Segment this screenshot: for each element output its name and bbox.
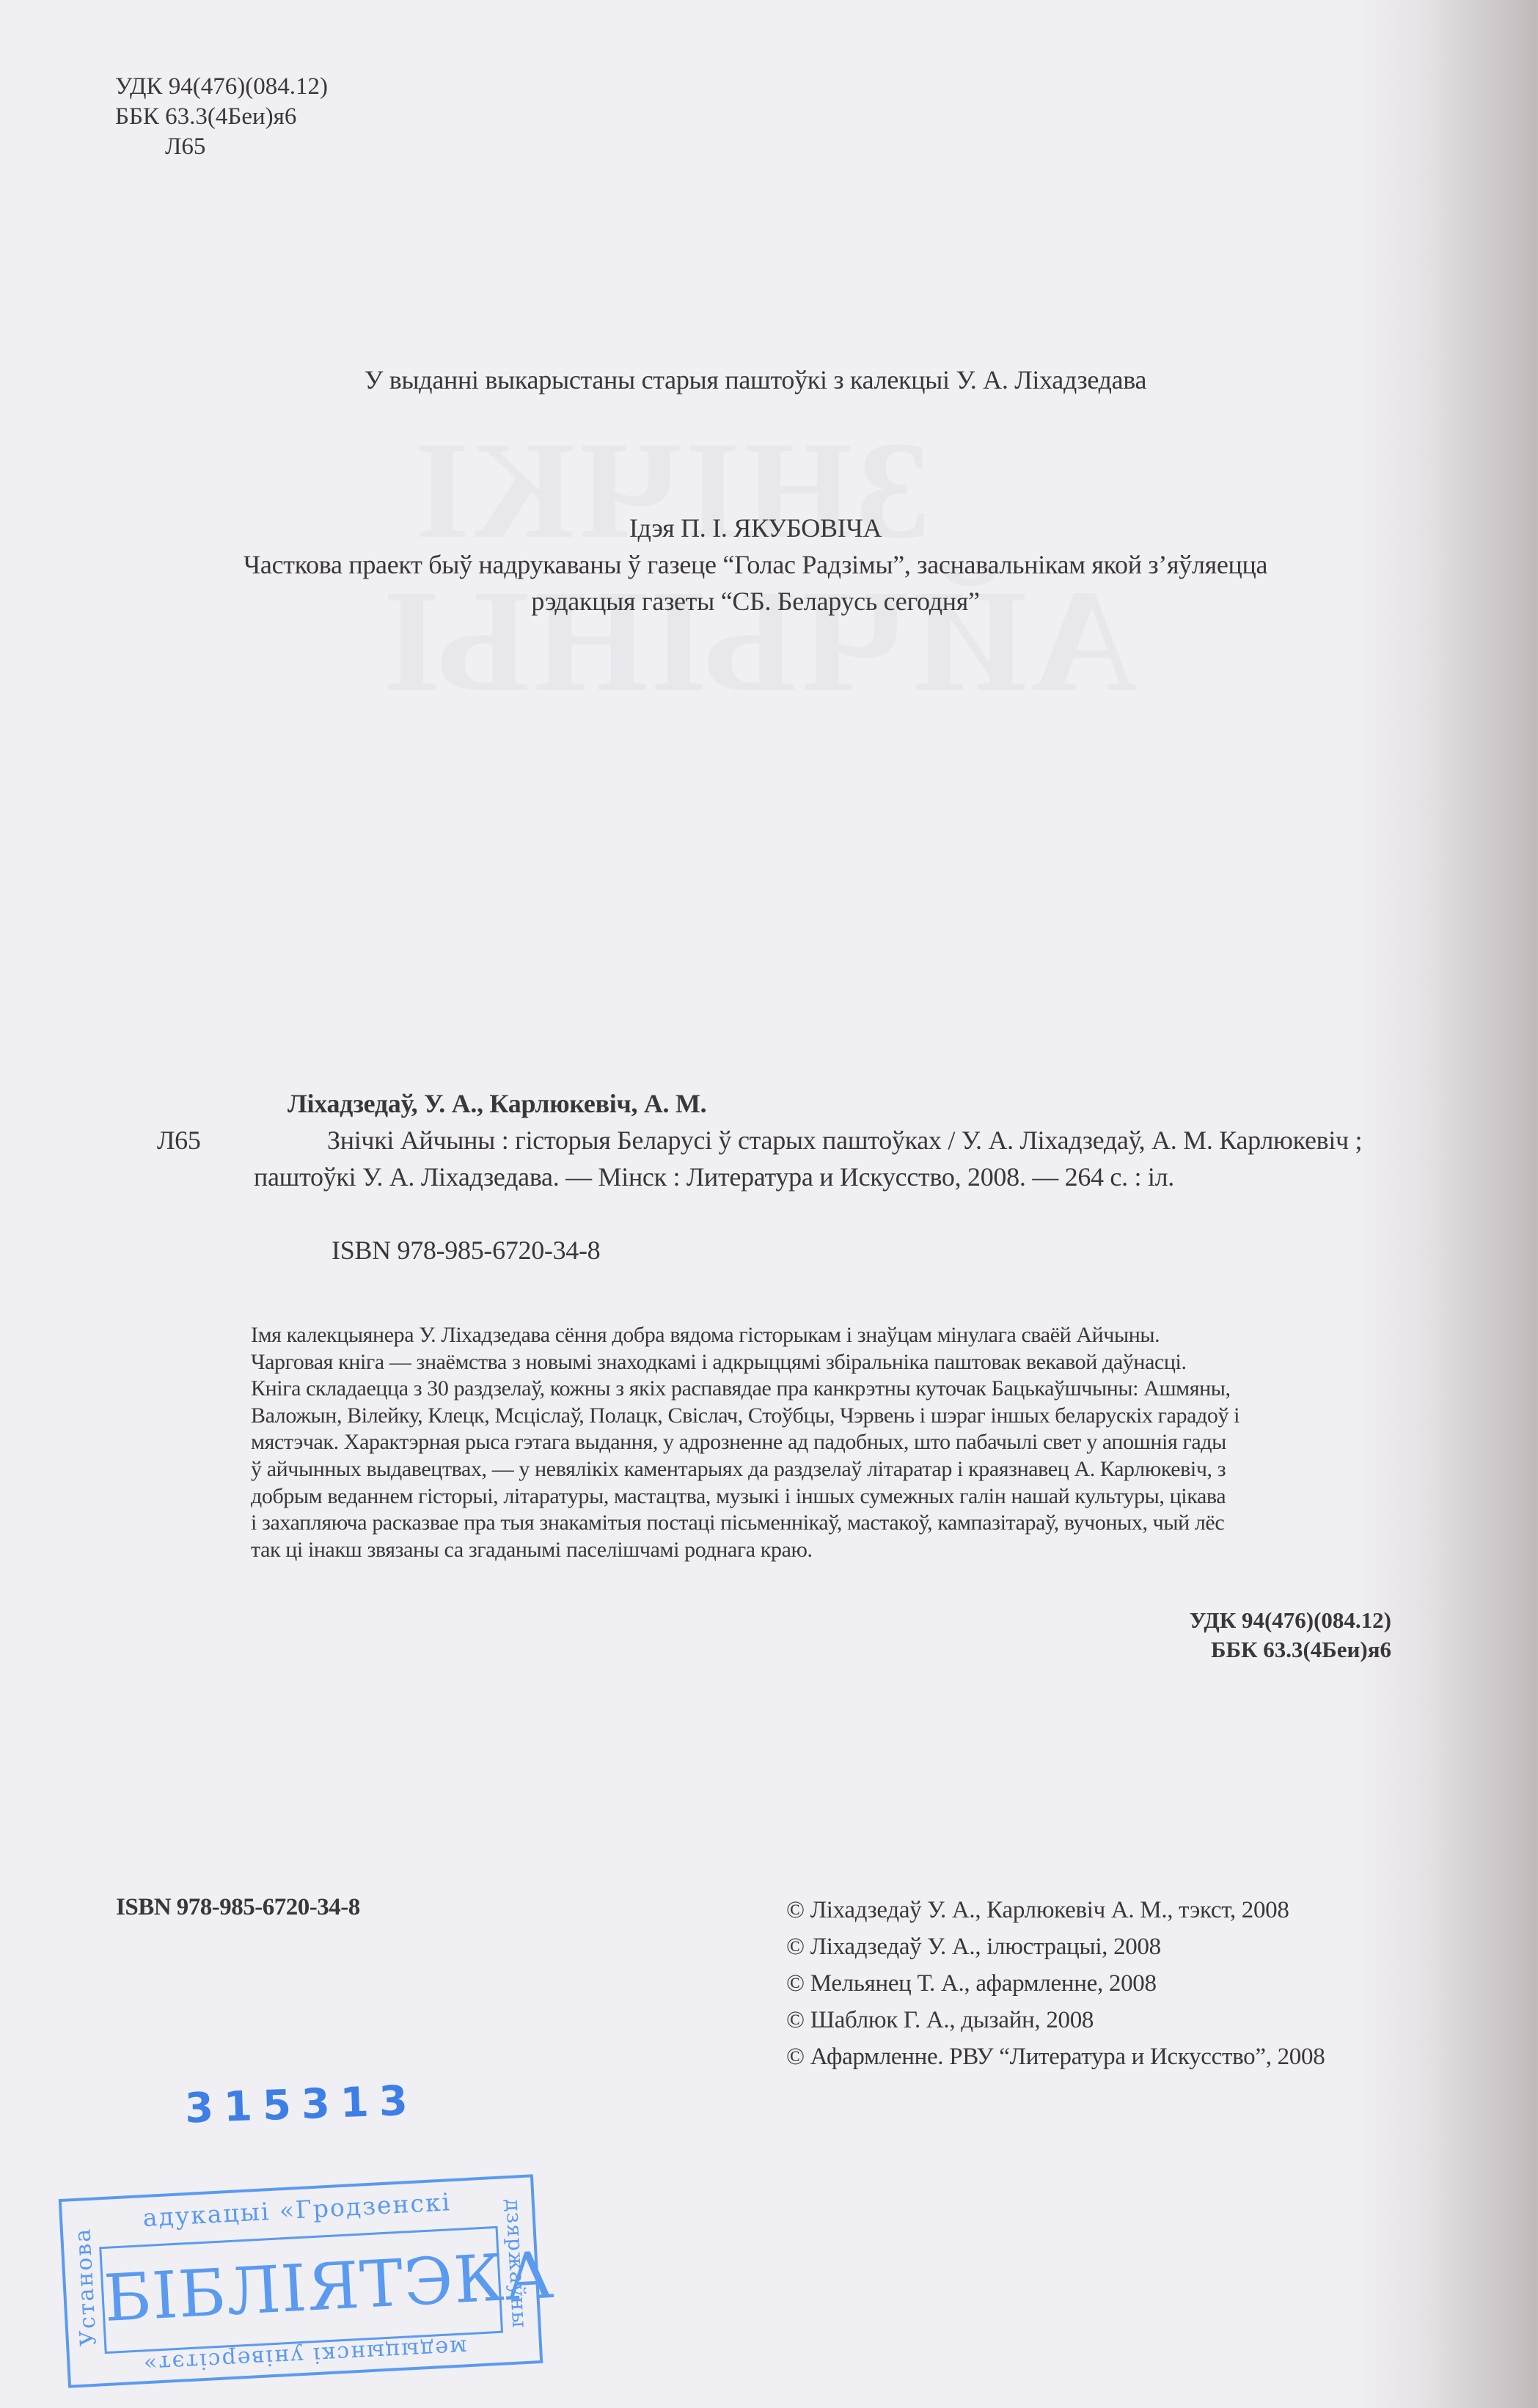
isbn-bottom: ISBN 978-985-6720-34-8: [116, 1894, 360, 1921]
library-stamp: адукацыі «Гродзенскі Установа дзяржаўны …: [59, 2174, 543, 2388]
stamp-main-text: БІБЛІЯТЭКА: [102, 2242, 499, 2335]
annotation-line: добрым веданнем гісторыі, літаратуры, ма…: [251, 1483, 1380, 1510]
catalog-isbn: ISBN 978-985-6720-34-8: [332, 1232, 600, 1269]
copyright-list: © Ліхадзедаў У. А., Карлюкевіч А. М., тэ…: [786, 1892, 1325, 2075]
annotation: Імя калекцыянера У. Ліхадзедава сёння до…: [251, 1322, 1380, 1563]
annotation-line: ў айчынных выдавецтвах, — у невялікіх ка…: [251, 1456, 1380, 1483]
annotation-line: так ці інакш звязаны са згаданымі паселі…: [251, 1537, 1380, 1564]
copyright-line: © Шаблюк Г. А., дызайн, 2008: [786, 2002, 1325, 2038]
udk-code: УДК 94(476)(084.12): [115, 72, 328, 102]
copyright-line: © Афармленне. РВУ “Литература и Искусств…: [786, 2038, 1325, 2075]
copyright-line: © Ліхадзедаў У. А., ілюстрацыі, 2008: [786, 1928, 1325, 1965]
classification-codes: УДК 94(476)(084.12) ББК 63.3(4Беи)я6 Л65: [115, 72, 328, 162]
annotation-line: Імя калекцыянера У. Ліхадзедава сёння до…: [251, 1322, 1380, 1349]
annotation-line: і захапляюча расказвае пра тыя знакаміты…: [251, 1510, 1380, 1537]
catalog-author-mark: Л65: [157, 1122, 201, 1159]
annotation-udk: УДК 94(476)(084.12): [1190, 1606, 1391, 1635]
annotation-line: мястэчак. Характэрная рыса гэтага выданн…: [251, 1429, 1380, 1456]
author-mark: Л65: [115, 132, 328, 162]
catalog-description: Знічкі Айчыны : гісторыя Беларусі ў стар…: [254, 1122, 1398, 1195]
copyright-line: © Мельянец Т. А., афармленне, 2008: [786, 1965, 1325, 2002]
copyright-line: © Ліхадзедаў У. А., Карлюкевіч А. М., тэ…: [786, 1892, 1325, 1928]
idea-credit: Ідэя П. І. ЯКУБОВІЧА Часткова праект быў…: [0, 510, 1511, 620]
bbk-code: ББК 63.3(4Беи)я6: [115, 102, 328, 132]
annotation-line: Кніга складаецца з 30 раздзелаў, кожны з…: [251, 1376, 1380, 1403]
newspaper-note-line: Часткова праект быў надрукаваны ў газеце…: [0, 546, 1511, 583]
stamp-left-text: Установа: [70, 2224, 102, 2350]
postcard-collection-note: У выданні выкарыстаны старыя паштоўкі з …: [0, 364, 1511, 395]
annotation-bbk: ББК 63.3(4Беи)я6: [1190, 1635, 1391, 1664]
annotation-line: Валожын, Вілейку, Клецк, Мсціслаў, Полац…: [251, 1403, 1380, 1430]
annotation-codes: УДК 94(476)(084.12) ББК 63.3(4Беи)я6: [1190, 1606, 1391, 1664]
editorial-note-line: рэдакцыя газеты “СБ. Беларусь сегодня”: [0, 583, 1511, 620]
inventory-number-stamp: 315313: [184, 2077, 419, 2132]
annotation-line: Чарговая кніга — знаёмства з новымі знах…: [251, 1349, 1380, 1376]
catalog-authors: Ліхадзедаў, У. А., Карлюкевіч, А. М.: [288, 1085, 706, 1122]
idea-author-line: Ідэя П. І. ЯКУБОВІЧА: [0, 510, 1511, 546]
